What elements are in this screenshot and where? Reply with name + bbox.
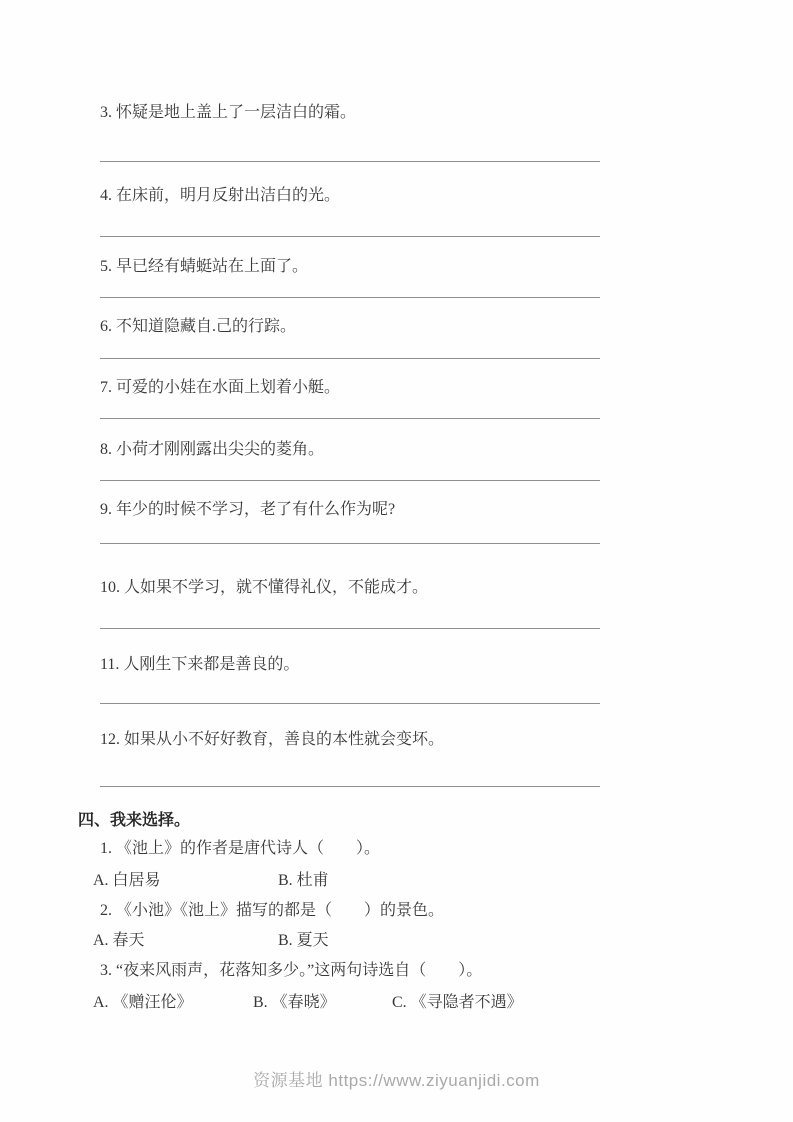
translation-sentence-3: 3. 怀疑是地上盖上了一层洁白的霜。 — [100, 103, 356, 123]
mcq-option-a: A. 白居易 — [93, 871, 161, 891]
answer-blank-line — [100, 161, 600, 162]
mcq-option-c: C. 《寻隐者不遇》 — [392, 993, 523, 1013]
mcq-option-b: B. 杜甫 — [278, 871, 329, 891]
mcq-question-2: 2. 《小池》《池上》描写的都是（ ）的景色。 — [100, 901, 444, 921]
mcq-options-row-3: A. 《赠汪伦》 B. 《春晓》 C. 《寻隐者不遇》 — [93, 993, 653, 1013]
answer-blank-line — [100, 703, 600, 704]
mcq-question-3: 3. “夜来风雨声，花落知多少。”这两句诗选自（ ）。 — [100, 961, 482, 981]
mcq-option-b: B. 《春晓》 — [253, 993, 336, 1013]
answer-blank-line — [100, 297, 600, 298]
mcq-question-1: 1. 《池上》的作者是唐代诗人（ ）。 — [100, 839, 380, 859]
translation-sentence-6: 6. 不知道隐藏自.己的行踪。 — [100, 317, 296, 337]
translation-sentence-10: 10. 人如果不学习，就不懂得礼仪，不能成才。 — [100, 578, 428, 598]
mcq-option-a: A. 春天 — [93, 931, 145, 951]
worksheet-page: 3. 怀疑是地上盖上了一层洁白的霜。 4. 在床前，明月反射出洁白的光。 5. … — [0, 0, 793, 1122]
translation-sentence-4: 4. 在床前，明月反射出洁白的光。 — [100, 186, 340, 206]
mcq-options-row-1: A. 白居易 B. 杜甫 — [93, 871, 653, 891]
answer-blank-line — [100, 236, 600, 237]
section-heading: 四、我来选择。 — [78, 807, 190, 830]
answer-blank-line — [100, 786, 600, 787]
answer-blank-line — [100, 628, 600, 629]
translation-sentence-11: 11. 人刚生下来都是善良的。 — [100, 655, 299, 675]
translation-sentence-5: 5. 早已经有蜻蜓站在上面了。 — [100, 257, 308, 277]
mcq-option-a: A. 《赠汪伦》 — [93, 993, 193, 1013]
translation-sentence-12: 12. 如果从小不好好教育，善良的本性就会变坏。 — [100, 730, 444, 750]
footer-watermark: 资源基地 https://www.ziyuanjidi.com — [0, 1066, 793, 1091]
answer-blank-line — [100, 480, 600, 481]
translation-sentence-7: 7. 可爱的小娃在水面上划着小艇。 — [100, 378, 340, 398]
mcq-option-b: B. 夏天 — [278, 931, 329, 951]
translation-sentence-9: 9. 年少的时候不学习，老了有什么作为呢? — [100, 500, 395, 520]
answer-blank-line — [100, 358, 600, 359]
answer-blank-line — [100, 418, 600, 419]
mcq-options-row-2: A. 春天 B. 夏天 — [93, 931, 653, 951]
translation-sentence-8: 8. 小荷才刚刚露出尖尖的菱角。 — [100, 440, 324, 460]
answer-blank-line — [100, 543, 600, 544]
